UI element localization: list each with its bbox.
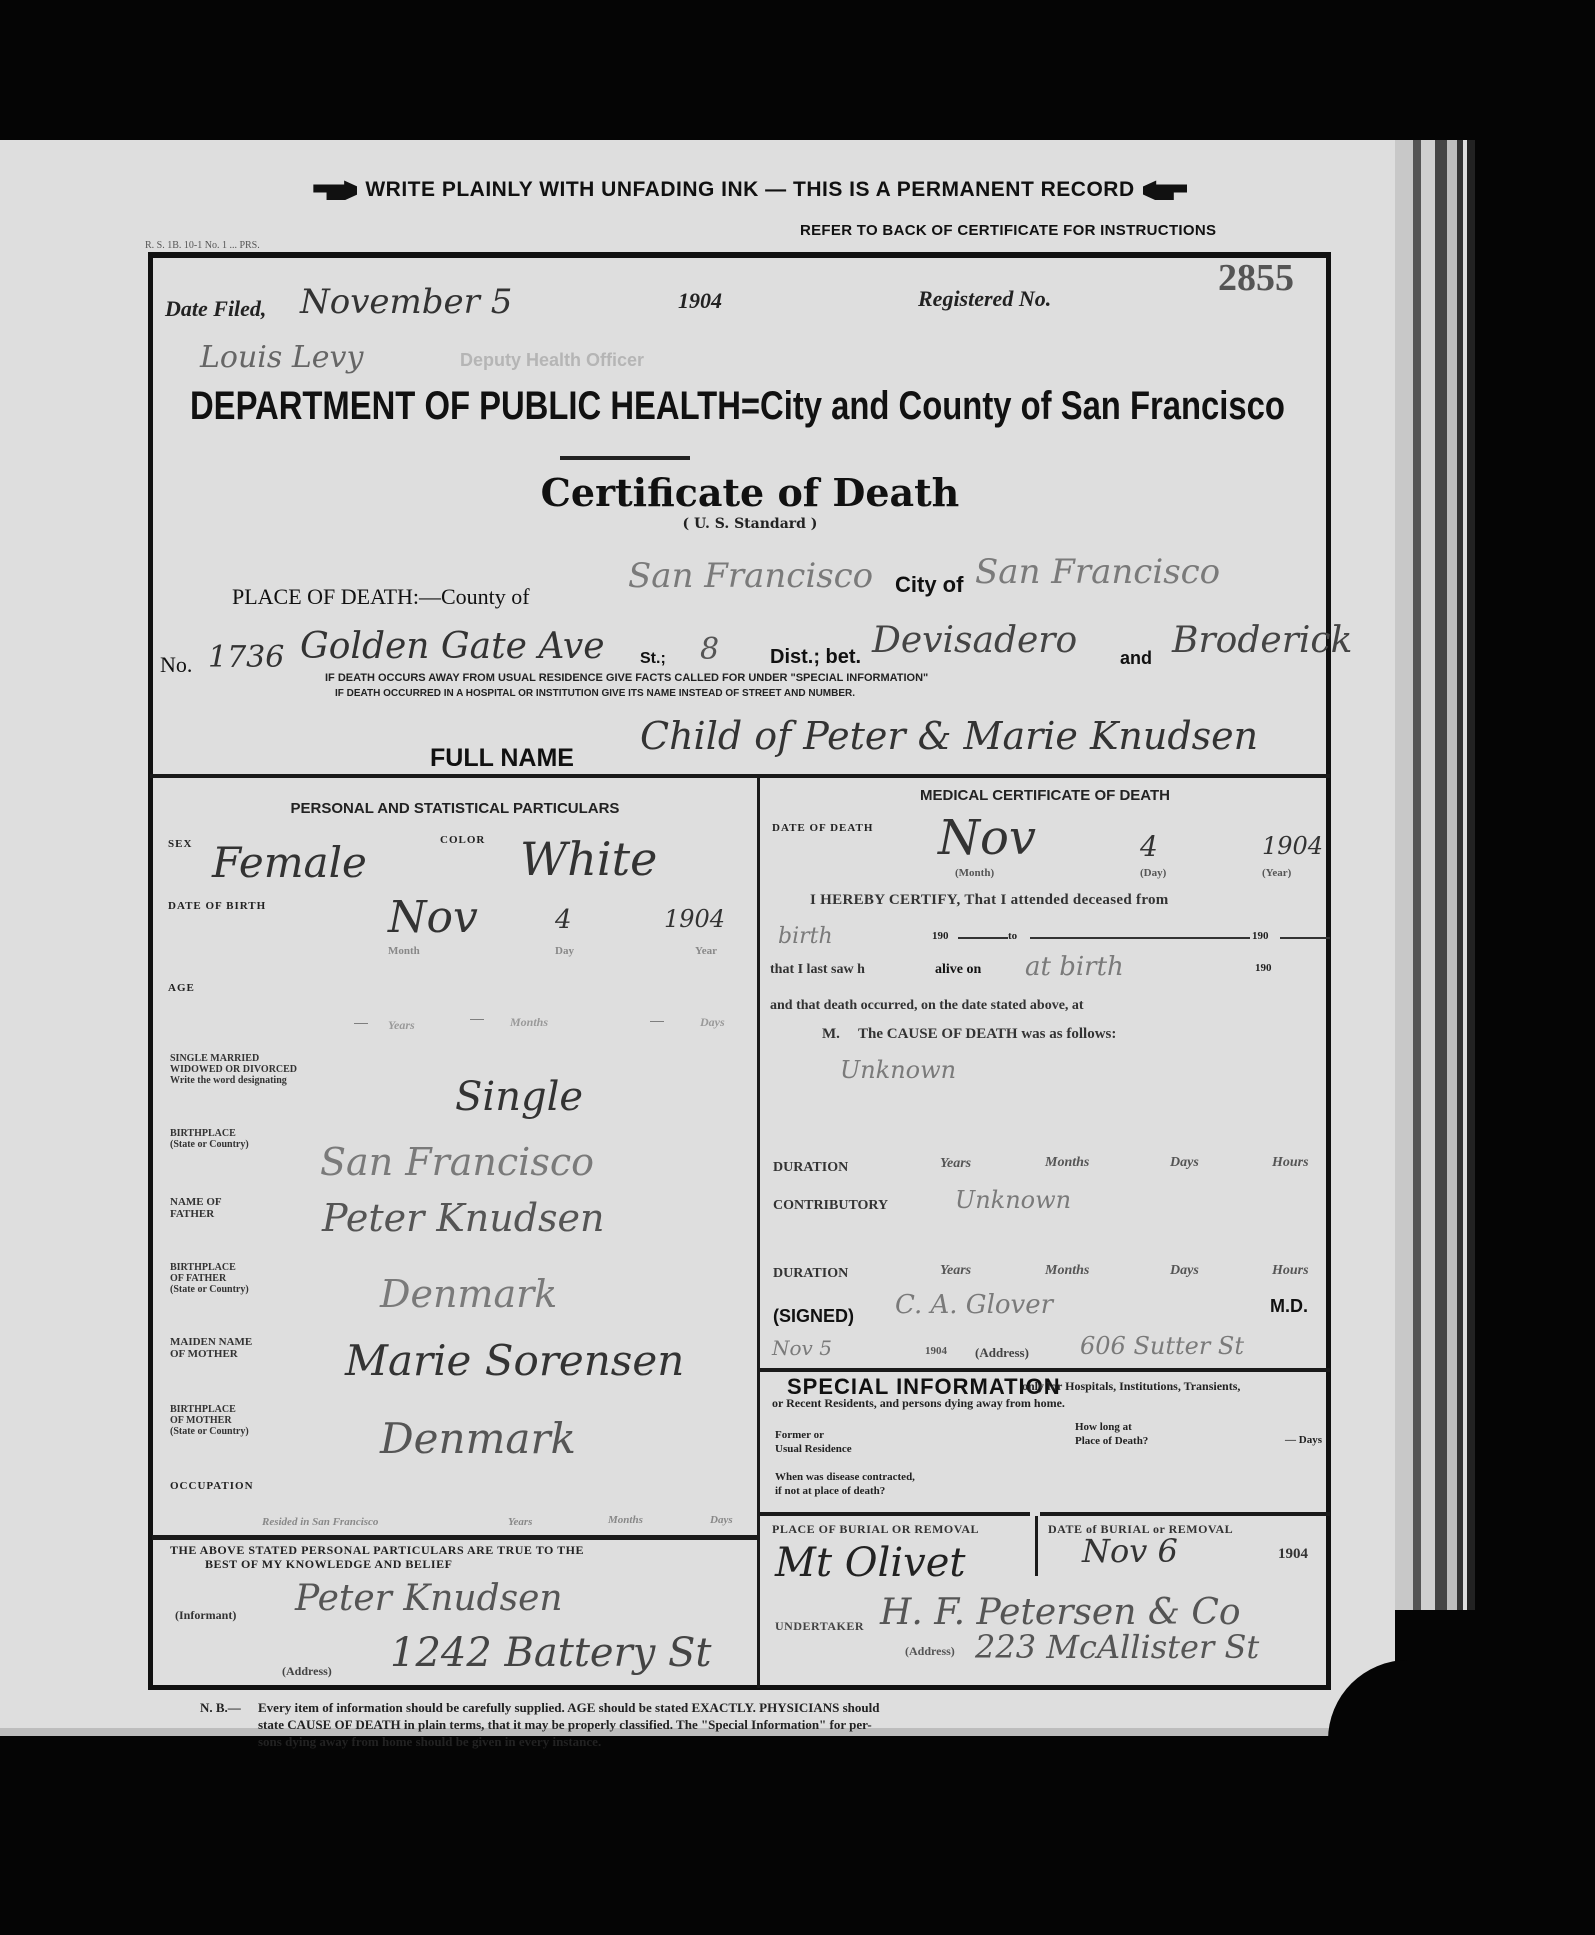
resided-months-label: Months xyxy=(608,1514,643,1526)
place-of-death-label: PLACE OF DEATH:—County of xyxy=(232,584,530,610)
father-label-line: NAME OF xyxy=(170,1196,222,1208)
ward-value: 8 xyxy=(700,632,719,667)
signed-year: 1904 xyxy=(925,1345,947,1357)
date-filed-label: Date Filed, xyxy=(165,296,266,322)
special-heading-line2: or Recent Residents, and persons dying a… xyxy=(772,1396,1065,1411)
last-saw-value: at birth xyxy=(1025,952,1124,982)
mother-birthplace-label-line: BIRTHPLACE xyxy=(170,1404,249,1415)
and-label: and xyxy=(1120,648,1152,669)
attended-from-value: birth xyxy=(778,924,833,949)
mother-birthplace-label: BIRTHPLACE OF MOTHER (State or Country) xyxy=(170,1404,249,1437)
name-divider xyxy=(150,774,1330,778)
certify-text: I HEREBY CERTIFY, That I attended deceas… xyxy=(810,892,1169,909)
birthplace-value: San Francisco xyxy=(320,1140,594,1184)
residence-note-1: IF DEATH OCCURS AWAY FROM USUAL RESIDENC… xyxy=(325,672,928,684)
dod-month-label: (Month) xyxy=(955,867,994,879)
sex-label: SEX xyxy=(168,838,192,850)
burial-place-value: Mt Olivet xyxy=(775,1540,965,1586)
dob-year-label: Year xyxy=(695,945,717,957)
dob-day: 4 xyxy=(555,905,572,935)
occupation-label: OCCUPATION xyxy=(170,1480,254,1492)
color-label: COLOR xyxy=(440,834,485,846)
undertaker-address-value: 223 McAllister St xyxy=(975,1628,1259,1666)
former-residence-label-line: Usual Residence xyxy=(775,1442,852,1456)
county-value: San Francisco xyxy=(628,556,873,596)
mother-label-line: MAIDEN NAME xyxy=(170,1336,252,1348)
rule xyxy=(1030,937,1250,939)
marital-label-line: SINGLE MARRIED xyxy=(170,1053,297,1064)
undertaker-address-label: (Address) xyxy=(905,1644,955,1659)
duration-label: DURATION xyxy=(773,1160,848,1176)
father-birthplace-label-line: BIRTHPLACE xyxy=(170,1262,249,1273)
warning-text: WRITE PLAINLY WITH UNFADING INK — THIS I… xyxy=(365,178,1134,201)
last-saw-year-label: 190 xyxy=(1255,962,1272,974)
form-number: R. S. 1B. 10-1 No. 1 ... PRS. xyxy=(145,240,260,251)
marital-label-line: WIDOWED OR DIVORCED xyxy=(170,1064,297,1075)
how-long-days: — Days xyxy=(1285,1434,1322,1446)
mother-label-line: OF MOTHER xyxy=(170,1348,252,1360)
dod-year-label: (Year) xyxy=(1262,867,1291,879)
burial-column-divider xyxy=(1035,1516,1038,1576)
age-months-label: Months xyxy=(510,1015,548,1030)
dob-month-label: Month xyxy=(388,945,420,957)
filed-year: 1904 xyxy=(678,288,722,314)
dod-year: 1904 xyxy=(1262,832,1323,860)
undertaker-value: H. F. Petersen & Co xyxy=(880,1592,1241,1633)
age-days-value: — xyxy=(650,1012,664,1028)
footer-line-3: sons dying away from home should be give… xyxy=(258,1734,601,1750)
standard-subtitle: ( U. S. Standard ) xyxy=(440,516,1060,532)
mother-value: Marie Sorensen xyxy=(345,1336,684,1385)
informant-address-label: (Address) xyxy=(282,1664,332,1679)
street-value: Golden Gate Ave xyxy=(300,626,605,667)
father-label-line: FATHER xyxy=(170,1208,222,1220)
st-label: St.; xyxy=(640,650,666,668)
informant-statement-1: THE ABOVE STATED PERSONAL PARTICULARS AR… xyxy=(170,1543,584,1558)
pointing-hand-icon xyxy=(1143,180,1187,200)
informant-value: Peter Knudsen xyxy=(295,1578,563,1619)
duration-2-label: DURATION xyxy=(773,1266,848,1282)
dob-year: 1904 xyxy=(664,905,725,933)
marital-label: SINGLE MARRIED WIDOWED OR DIVORCED Write… xyxy=(170,1053,297,1086)
father-value: Peter Knudsen xyxy=(322,1196,604,1240)
birthplace-label: BIRTHPLACE (State or Country) xyxy=(170,1128,249,1150)
birthplace-label-line: (State or Country) xyxy=(170,1139,249,1150)
mother-birthplace-value: Denmark xyxy=(380,1414,576,1463)
dod-day: 4 xyxy=(1140,830,1158,863)
duration-2-months-label: Months xyxy=(1045,1263,1089,1279)
full-name-label: FULL NAME xyxy=(430,744,574,773)
disease-contracted-line: if not at place of death? xyxy=(775,1484,915,1498)
father-birthplace-value: Denmark xyxy=(380,1272,557,1316)
informant-statement-2: BEST OF MY KNOWLEDGE AND BELIEF xyxy=(205,1557,452,1572)
title-rule xyxy=(560,456,690,460)
dob-label: DATE OF BIRTH xyxy=(168,900,266,912)
last-saw-label: that I last saw h xyxy=(770,962,865,978)
resided-days-label: Days xyxy=(710,1514,733,1526)
disease-contracted-label: When was disease contracted, if not at p… xyxy=(775,1470,915,1498)
burial-place-label: PLACE OF BURIAL OR REMOVAL xyxy=(772,1522,979,1537)
father-label: NAME OF FATHER xyxy=(170,1196,222,1220)
duration-2-days-label: Days xyxy=(1170,1263,1199,1279)
burial-divider-right xyxy=(1040,1512,1330,1516)
rule xyxy=(958,937,1008,939)
duration-months-label: Months xyxy=(1045,1155,1089,1171)
birthplace-label-line: BIRTHPLACE xyxy=(170,1128,249,1139)
department-title: DEPARTMENT OF PUBLIC HEALTH=City and Cou… xyxy=(190,384,1285,429)
column-divider xyxy=(757,778,760,1688)
how-long-label: How long at Place of Death? xyxy=(1075,1420,1148,1448)
burial-divider-left xyxy=(760,1512,1030,1516)
mother-birthplace-label-line: OF MOTHER xyxy=(170,1415,249,1426)
contributory-value: Unknown xyxy=(955,1186,1071,1214)
registered-label: Registered No. xyxy=(918,286,1051,312)
certificate-frame xyxy=(148,252,1331,1690)
street-number: 1736 xyxy=(208,640,284,675)
rule xyxy=(1280,937,1330,939)
duration-days-label: Days xyxy=(1170,1155,1199,1171)
officer-signature: Louis Levy xyxy=(200,340,363,375)
undertaker-label: UNDERTAKER xyxy=(775,1619,864,1634)
special-heading-rest: only for Hospitals, Institutions, Transi… xyxy=(1022,1379,1240,1394)
city-label: City of xyxy=(895,572,963,598)
age-label: AGE xyxy=(168,982,195,994)
cause-value: Unknown xyxy=(840,1056,956,1084)
dark-shadow xyxy=(1328,1660,1528,1810)
marital-label-line: Write the word designating xyxy=(170,1075,297,1086)
age-years-label: Years xyxy=(388,1018,415,1033)
resided-label: Resided in San Francisco xyxy=(262,1516,378,1528)
resided-years-label: Years xyxy=(508,1516,532,1528)
dod-label: DATE OF DEATH xyxy=(772,822,873,834)
disease-contracted-line: When was disease contracted, xyxy=(775,1470,915,1484)
footer-line-2: state CAUSE OF DEATH in plain terms, tha… xyxy=(258,1717,872,1733)
burial-year: 1904 xyxy=(1278,1546,1308,1563)
personal-heading: PERSONAL AND STATISTICAL PARTICULARS xyxy=(160,800,750,817)
certificate-title: Certificate of Death xyxy=(440,470,1060,515)
mother-label: MAIDEN NAME OF MOTHER xyxy=(170,1336,252,1360)
age-days-label: Days xyxy=(700,1015,725,1030)
dob-day-label: Day xyxy=(555,945,574,957)
informant-label: (Informant) xyxy=(175,1608,236,1623)
informant-divider xyxy=(152,1535,757,1540)
signed-label: (SIGNED) xyxy=(773,1306,854,1327)
duration-2-hours-label: Hours xyxy=(1272,1263,1309,1279)
number-label: No. xyxy=(160,652,192,678)
dist-between-label: Dist.; bet. xyxy=(770,646,861,669)
father-birthplace-label-line: (State or Country) xyxy=(170,1284,249,1295)
special-divider xyxy=(760,1368,1330,1372)
residence-note-2: IF DEATH OCCURRED IN A HOSPITAL OR INSTI… xyxy=(335,688,855,699)
physician-address-label: (Address) xyxy=(975,1345,1029,1361)
registered-number: 2855 xyxy=(1218,256,1294,300)
how-long-label-line: How long at xyxy=(1075,1420,1148,1434)
officer-title: Deputy Health Officer xyxy=(460,350,644,371)
informant-address-value: 1242 Battery St xyxy=(390,1630,711,1676)
to-label: to xyxy=(1008,930,1017,942)
to-year-label: 190 xyxy=(1252,930,1269,942)
dob-month: Nov xyxy=(388,892,478,943)
pointing-hand-icon xyxy=(313,180,357,200)
dod-month: Nov xyxy=(938,810,1036,866)
former-residence-label-line: Former or xyxy=(775,1428,852,1442)
refer-instructions: REFER TO BACK OF CERTIFICATE FOR INSTRUC… xyxy=(800,222,1216,239)
medical-heading: MEDICAL CERTIFICATE OF DEATH xyxy=(760,787,1330,804)
mother-birthplace-label-line: (State or Country) xyxy=(170,1426,249,1437)
physician-signature: C. A. Glover xyxy=(895,1290,1053,1320)
full-name-value: Child of Peter & Marie Knudsen xyxy=(640,714,1258,758)
father-birthplace-label-line: OF FATHER xyxy=(170,1273,249,1284)
former-residence-label: Former or Usual Residence xyxy=(775,1428,852,1456)
how-long-label-line: Place of Death? xyxy=(1075,1434,1148,1448)
between-street-2: Broderick xyxy=(1172,620,1352,661)
duration-years-label: Years xyxy=(940,1156,971,1172)
warning-banner: WRITE PLAINLY WITH UNFADING INK — THIS I… xyxy=(200,178,1300,202)
alive-on-label: alive on xyxy=(935,962,981,978)
duration-2-years-label: Years xyxy=(940,1263,971,1279)
nb-label: N. B.— xyxy=(200,1700,241,1716)
md-label: M.D. xyxy=(1270,1296,1308,1317)
sex-value: Female xyxy=(212,838,367,887)
between-street-1: Devisadero xyxy=(872,620,1077,661)
duration-hours-label: Hours xyxy=(1272,1155,1309,1171)
death-occurred-text: and that death occurred, on the date sta… xyxy=(770,998,1084,1014)
physician-address-value: 606 Sutter St xyxy=(1080,1332,1244,1360)
city-value: San Francisco xyxy=(975,552,1220,592)
burial-date-value: Nov 6 xyxy=(1082,1532,1178,1570)
dod-day-label: (Day) xyxy=(1140,867,1166,879)
time-m-label: M. xyxy=(822,1026,840,1043)
footer-line-1: Every item of information should be care… xyxy=(258,1700,879,1716)
contributory-label: CONTRIBUTORY xyxy=(773,1198,888,1214)
attended-year-label: 190 xyxy=(932,930,949,942)
stacked-page-edges xyxy=(1395,140,1495,1610)
father-birthplace-label: BIRTHPLACE OF FATHER (State or Country) xyxy=(170,1262,249,1295)
date-filed-value: November 5 xyxy=(300,282,512,322)
color-value: White xyxy=(520,832,657,886)
signed-date: Nov 5 xyxy=(772,1336,832,1360)
cause-label: The CAUSE OF DEATH was as follows: xyxy=(858,1026,1116,1043)
age-years-value: — xyxy=(354,1014,368,1030)
age-months-value: — xyxy=(470,1010,484,1026)
marital-value: Single xyxy=(455,1074,583,1120)
